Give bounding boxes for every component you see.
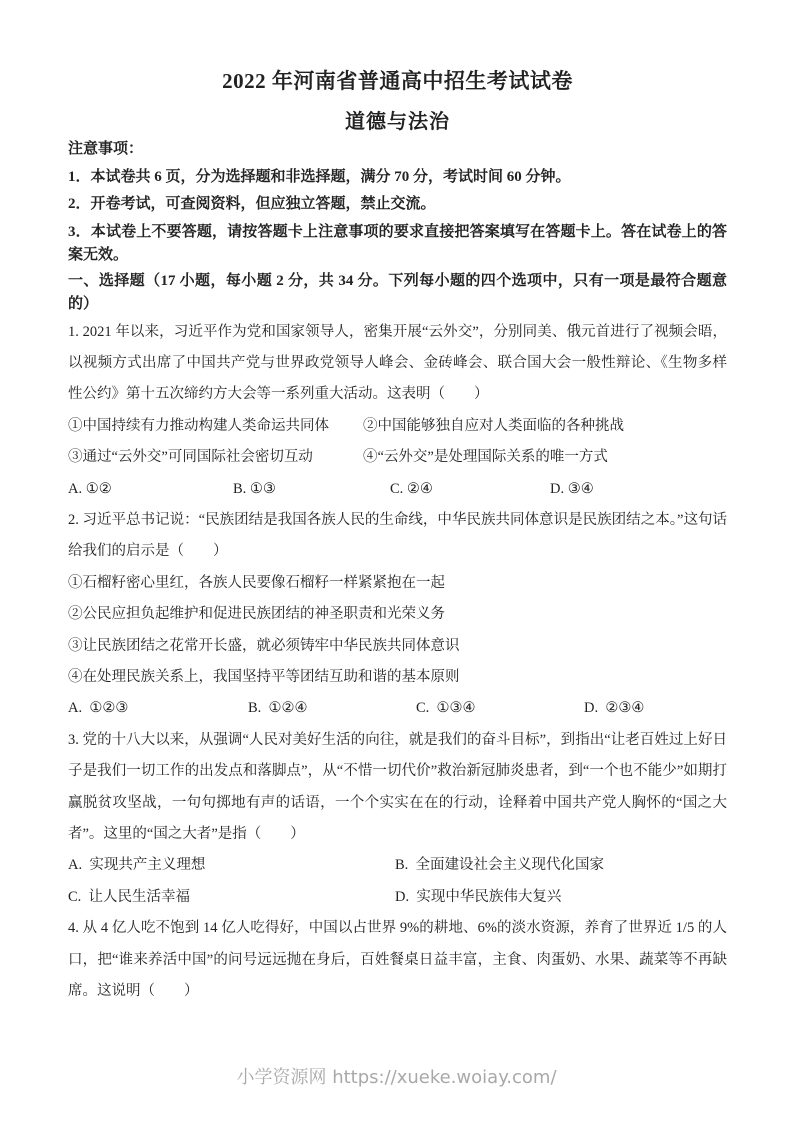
question-2: 2. 习近平总书记说：“民族团结是我国各族人民的生命线，中华民族共同体意识是民族…	[68, 505, 727, 725]
question-2-subitem-1: ①石榴籽密心里红，各族人民要像石榴籽一样紧紧抱在一起	[68, 568, 727, 599]
exam-paper-page: 2022 年河南省普通高中招生考试试卷 道德与法治 注意事项： 1．本试卷共 6…	[0, 0, 793, 1122]
question-1-subitem-1: ①中国持续有力推动构建人类命运共同体	[68, 411, 363, 442]
notice-item-1: 1．本试卷共 6 页，分为选择题和非选择题，满分 70 分，考试时间 60 分钟…	[68, 166, 727, 190]
question-1-subitems-row-2: ③通过“云外交”可同国际社会密切互动 ④“云外交”是处理国际关系的唯一方式	[68, 442, 727, 473]
page-subtitle: 道德与法治	[68, 108, 727, 136]
footer-watermark: 小学资源网 https://xueke.woiay.com/	[0, 1066, 793, 1090]
question-3-option-c: C. 让人民生活幸福	[68, 882, 395, 913]
question-1-subitem-4: ④“云外交”是处理国际关系的唯一方式	[363, 442, 608, 473]
question-2-option-d: D. ②③④	[584, 693, 644, 724]
notice-item-2: 2．开卷考试，可查阅资料，但应独立答题，禁止交流。	[68, 193, 727, 217]
question-1-options-row: A. ①② B. ①③ C. ②④ D. ③④	[68, 474, 727, 505]
page-content: 2022 年河南省普通高中招生考试试卷 道德与法治 注意事项： 1．本试卷共 6…	[0, 0, 793, 1007]
question-1-subitems-row-1: ①中国持续有力推动构建人类命运共同体 ②中国能够独自应对人类面临的各种挑战	[68, 411, 727, 442]
question-1-subitem-2: ②中国能够独自应对人类面临的各种挑战	[363, 411, 624, 442]
question-2-subitem-3: ③让民族团结之花常开长盛，就必须铸牢中华民族共同体意识	[68, 631, 727, 662]
question-2-option-b: B. ①②④	[248, 693, 416, 724]
question-2-subitem-2: ②公民应担负起维护和促进民族团结的神圣职责和光荣义务	[68, 599, 727, 630]
notice-section: 注意事项： 1．本试卷共 6 页，分为选择题和非选择题，满分 70 分，考试时间…	[68, 138, 727, 268]
question-3-stem: 3. 党的十八大以来，从强调“人民对美好生活的向往，就是我们的奋斗目标”，到指出…	[68, 725, 727, 851]
question-3: 3. 党的十八大以来，从强调“人民对美好生活的向往，就是我们的奋斗目标”，到指出…	[68, 725, 727, 913]
question-3-options-row-1: A. 实现共产主义理想 B. 全面建设社会主义现代化国家	[68, 850, 727, 881]
section-heading-choice: 一、选择题（17 小题，每小题 2 分，共 34 分。下列每小题的四个选项中，只…	[68, 270, 727, 317]
question-2-stem: 2. 习近平总书记说：“民族团结是我国各族人民的生命线，中华民族共同体意识是民族…	[68, 505, 727, 568]
question-3-option-d: D. 实现中华民族伟大复兴	[395, 882, 561, 913]
question-3-options-row-2: C. 让人民生活幸福 D. 实现中华民族伟大复兴	[68, 882, 727, 913]
question-3-option-a: A. 实现共产主义理想	[68, 850, 395, 881]
question-2-subitem-4: ④在处理民族关系上，我国坚持平等团结互助和谐的基本原则	[68, 662, 727, 693]
question-1-stem: 1. 2021 年以来，习近平作为党和国家领导人，密集开展“云外交”，分别同美、…	[68, 317, 727, 411]
question-3-option-b: B. 全面建设社会主义现代化国家	[395, 850, 604, 881]
question-2-option-a: A. ①②③	[68, 693, 248, 724]
notice-item-3: 3．本试卷上不要答题，请按答题卡上注意事项的要求直接把答案填写在答题卡上。答在试…	[68, 221, 727, 268]
question-4-stem: 4. 从 4 亿人吃不饱到 14 亿人吃得好，中国以占世界 9%的耕地、6%的淡…	[68, 913, 727, 1007]
question-2-options-row: A. ①②③ B. ①②④ C. ①③④ D. ②③④	[68, 693, 727, 724]
question-4: 4. 从 4 亿人吃不饱到 14 亿人吃得好，中国以占世界 9%的耕地、6%的淡…	[68, 913, 727, 1007]
question-2-option-c: C. ①③④	[416, 693, 584, 724]
notice-heading: 注意事项：	[68, 138, 727, 162]
page-title: 2022 年河南省普通高中招生考试试卷	[68, 0, 727, 96]
question-1-option-d: D. ③④	[550, 474, 594, 505]
question-1-option-b: B. ①③	[233, 474, 390, 505]
question-1: 1. 2021 年以来，习近平作为党和国家领导人，密集开展“云外交”，分别同美、…	[68, 317, 727, 505]
question-1-option-a: A. ①②	[68, 474, 233, 505]
question-1-subitem-3: ③通过“云外交”可同国际社会密切互动	[68, 442, 363, 473]
question-1-option-c: C. ②④	[390, 474, 550, 505]
